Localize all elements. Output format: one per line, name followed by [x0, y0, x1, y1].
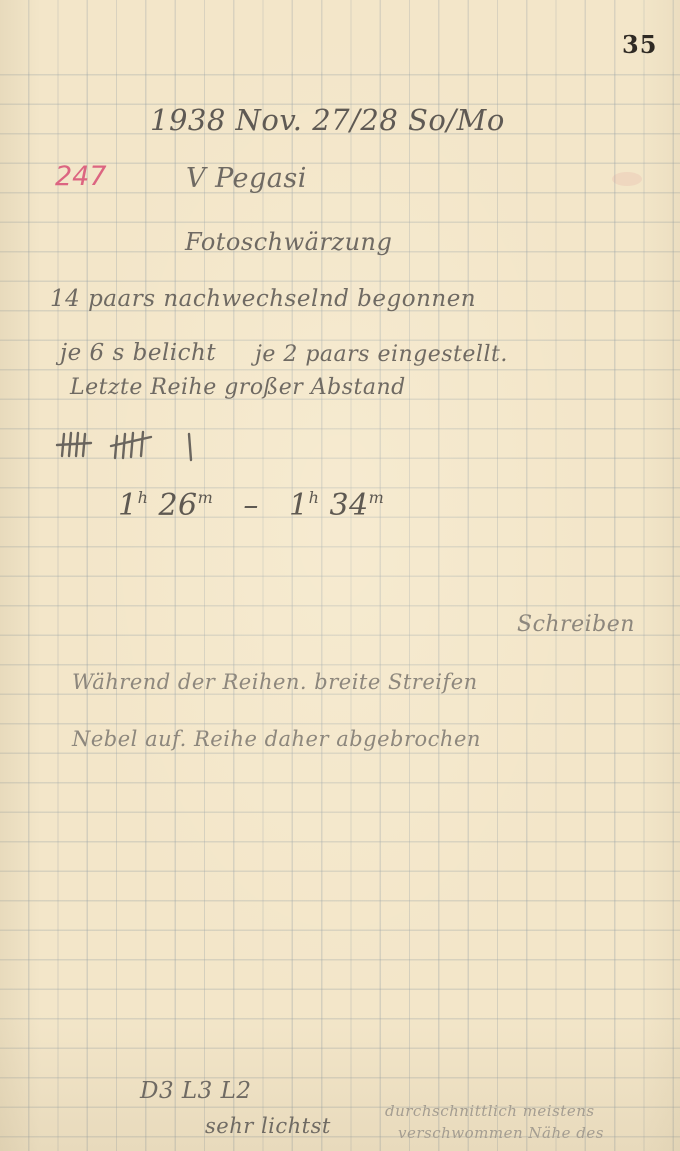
object-name: V Pegasi [186, 163, 307, 194]
note-line-fog: Nebel auf. Reihe daher abgebrochen [72, 727, 481, 751]
margin-note-right: Schreiben [517, 612, 635, 637]
time-end-hour: 1 [289, 488, 309, 523]
observation-date: 1938 Nov. 27/28 So/Mo [150, 103, 505, 137]
time-end-hour-unit: h [309, 488, 320, 507]
entry-number: 247 [55, 161, 107, 192]
tally-marks-icon [55, 428, 205, 464]
time-end-minute-unit: m [369, 488, 385, 507]
notebook-page: 35 1938 Nov. 27/28 So/Mo 247 V Pegasi Fo… [0, 0, 680, 1151]
time-start-hour-unit: h [138, 488, 149, 507]
time-range: 1h 26m – 1h 34m [118, 488, 384, 523]
footer-remark-line2: verschwommen Nähe des [398, 1124, 604, 1142]
footer-codes: D3 L3 L2 [140, 1078, 252, 1104]
ink-smudge [612, 172, 642, 186]
footer-remark-line1: durchschnittlich meistens [385, 1102, 595, 1120]
note-line-streaks: Während der Reihen. breite Streifen [72, 670, 478, 694]
time-start-hour: 1 [118, 488, 138, 523]
time-start-minute-unit: m [198, 488, 214, 507]
time-start-minute: 26 [158, 488, 197, 523]
note-line-exposure-time: je 6 s belicht [60, 340, 216, 366]
page-number: 35 [622, 30, 657, 59]
note-line-last-row: Letzte Reihe großer Abstand [70, 375, 406, 400]
tally-marks [55, 428, 205, 462]
entry-subject: Fotoschwärzung [185, 228, 392, 256]
note-line-exposures: 14 paars nachwechselnd begonnen [50, 286, 476, 312]
footer-subnote: sehr lichtst [205, 1114, 331, 1138]
time-dash: – [243, 488, 259, 523]
note-line-pairs-set: je 2 paars eingestellt. [255, 342, 508, 367]
time-end-minute: 34 [329, 488, 368, 523]
